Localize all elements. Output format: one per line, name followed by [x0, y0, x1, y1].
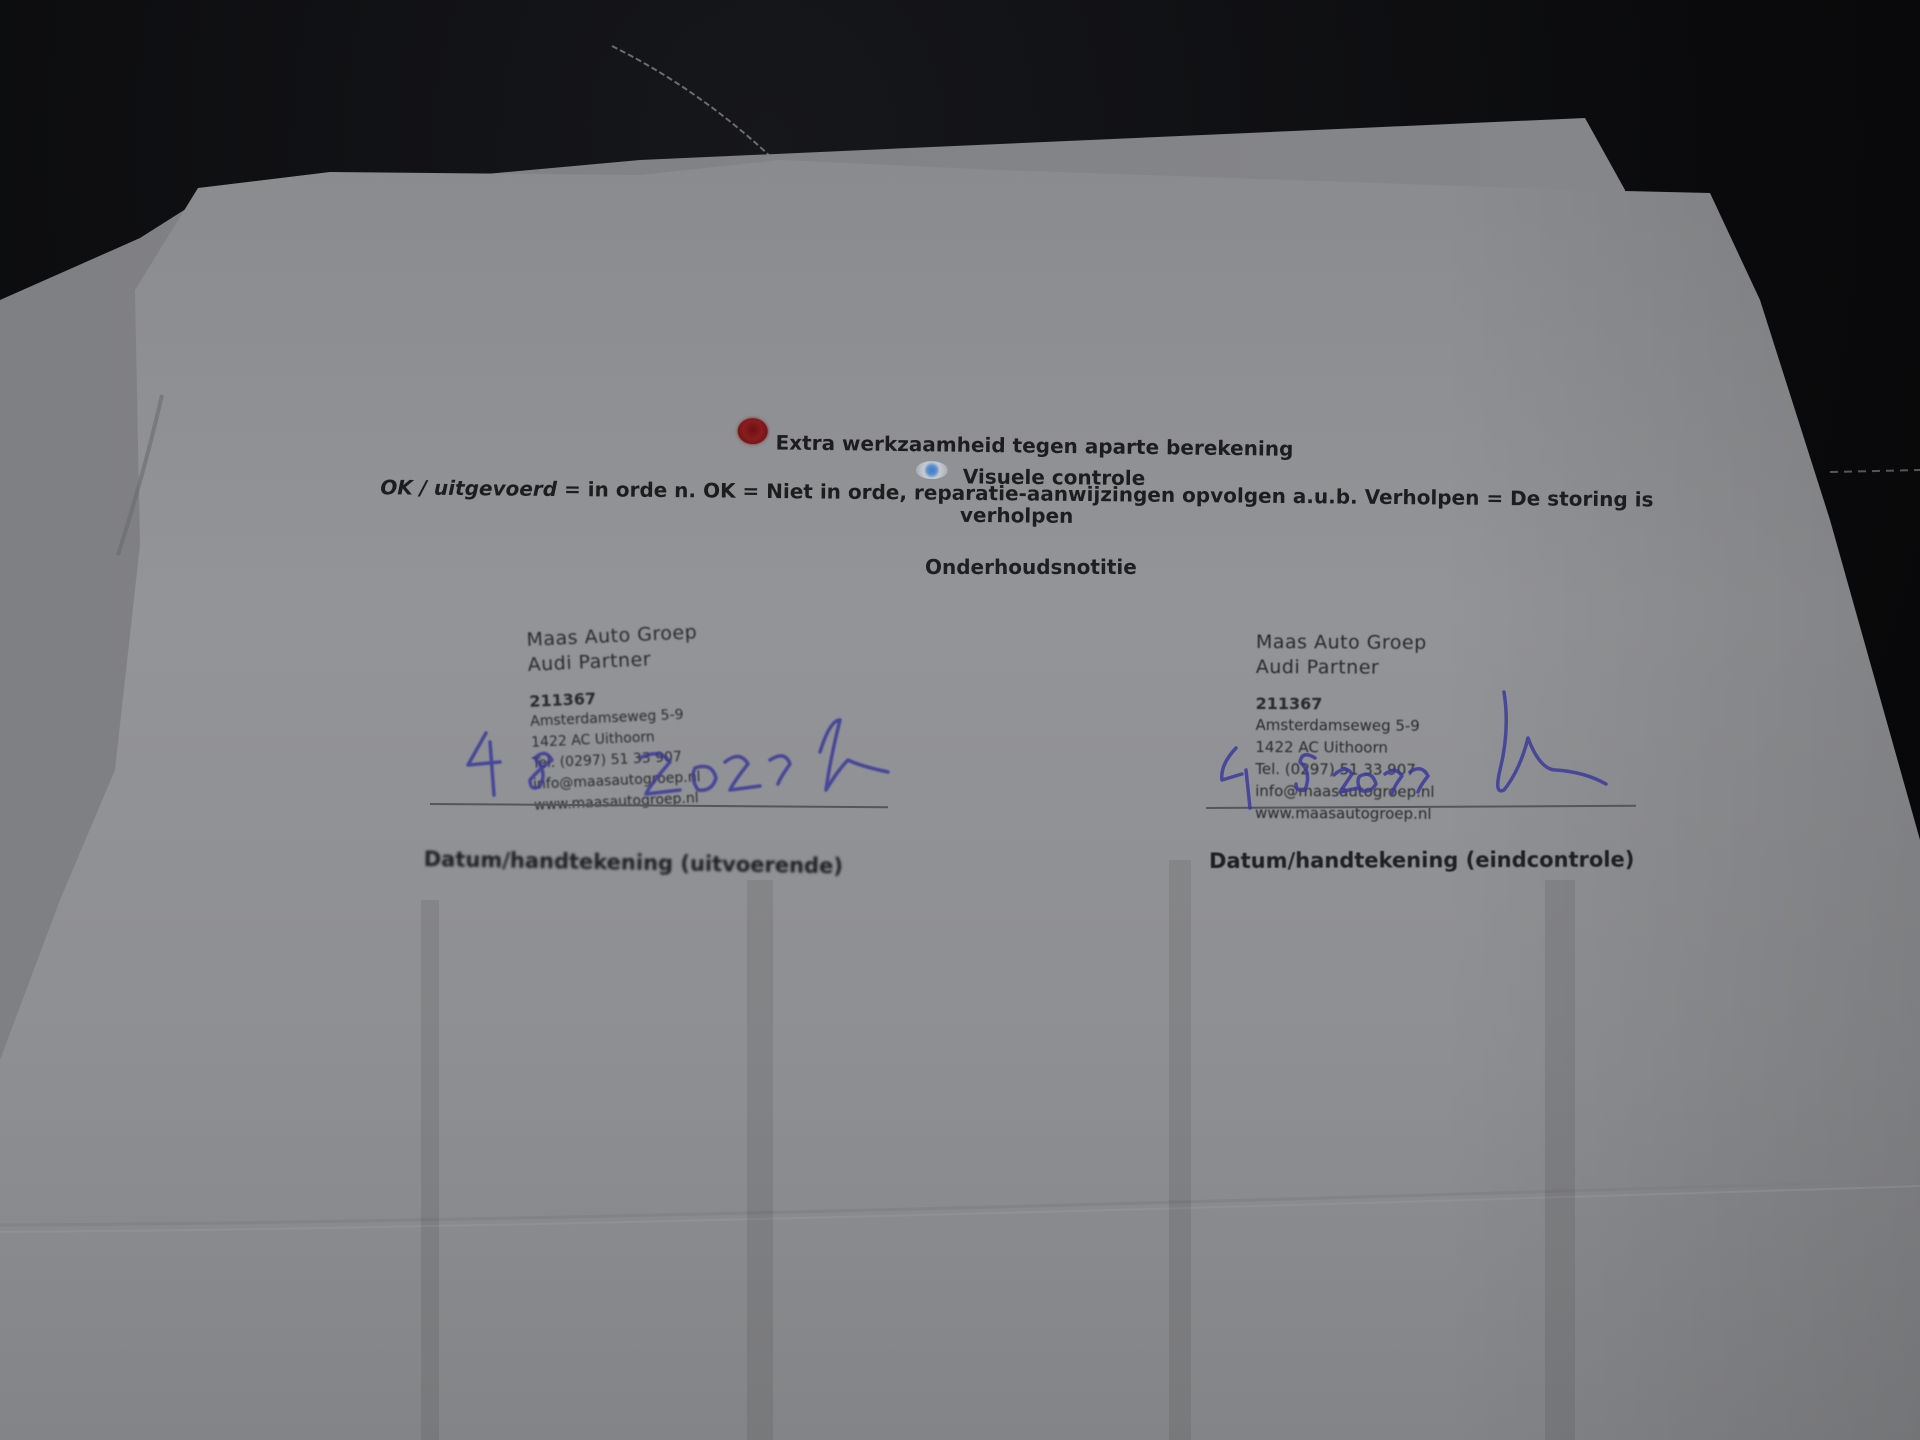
stamp-email: info@maasautogroep.nl — [1255, 780, 1435, 803]
photo-scene: Extra werkzaamheid tegen aparte berekeni… — [0, 0, 1920, 1440]
signature-caption-right: Datum/handtekening (eindcontrole) — [1209, 848, 1634, 873]
eye-icon — [915, 460, 949, 480]
stamp-dealer-code: 211367 — [1256, 694, 1436, 715]
stamp-partner: Audi Partner — [1256, 655, 1436, 681]
stamp-phone: Tel. (0297) 51 33 907 — [1255, 758, 1435, 781]
dealer-stamp-left: Maas Auto Groep Audi Partner 211367 Amst… — [526, 620, 705, 817]
stamp-company: Maas Auto Groep — [1256, 630, 1436, 656]
explanation-ok-term: OK / uitgevoerd — [380, 475, 557, 501]
section-title: Onderhoudsnotitie — [925, 555, 1137, 579]
stamp-street: Amsterdamseweg 5-9 — [1255, 714, 1435, 737]
stamp-postal-city: 1422 AC Uithoorn — [1255, 736, 1435, 759]
dealer-stamp-right: Maas Auto Groep Audi Partner 211367 Amst… — [1255, 630, 1435, 825]
paper-stack — [0, 0, 1920, 1440]
red-dot-icon — [738, 418, 768, 444]
